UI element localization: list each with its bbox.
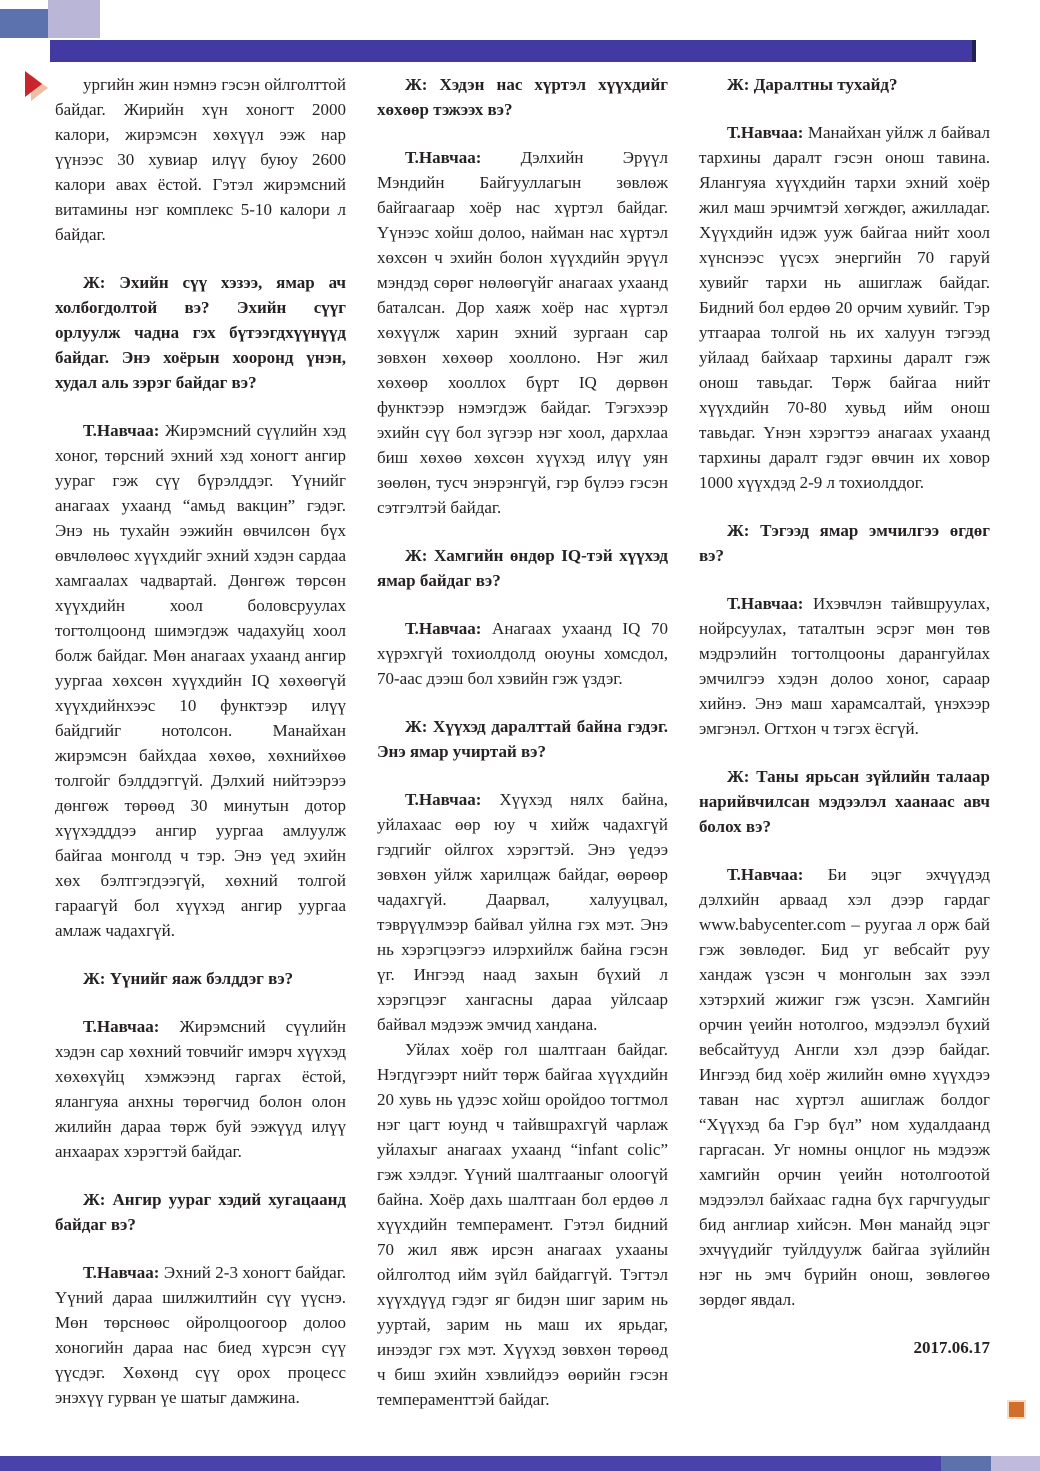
speaker-label: Т.Навчаа:: [405, 148, 481, 167]
question-paragraph: Ж: Хүүхэд даралттай байна гэдэг. Энэ яма…: [377, 714, 668, 764]
header-rule-bar: [50, 40, 976, 62]
header-lavender-square: [48, 0, 100, 38]
arrow-red-icon: [25, 71, 42, 97]
publish-date: 2017.06.17: [699, 1335, 990, 1360]
question-paragraph: Ж: Таны ярьсан зүйлийн талаар нарийвчилс…: [699, 764, 990, 839]
speaker-label: Т.Навчаа:: [727, 865, 803, 884]
speaker-label: Т.Навчаа:: [83, 1017, 159, 1036]
answer-paragraph: Т.Навчаа: Жирэмсний сүүлийн хэдэн сар хө…: [55, 1014, 346, 1164]
answer-paragraph: Т.Навчаа: Ихэвчлэн тайвшруулах, нойрсуул…: [699, 591, 990, 741]
answer-paragraph: Т.Навчаа: Жирэмсний сүүлийн хэд хоног, т…: [55, 418, 346, 943]
footer-steel-square: [941, 1456, 991, 1471]
speaker-label: Т.Навчаа:: [727, 123, 803, 142]
question-paragraph: Ж: Ангир уураг хэдий хугацаанд байдаг вэ…: [55, 1187, 346, 1237]
speaker-label: Т.Навчаа:: [405, 619, 481, 638]
footer-lavender-square: [991, 1456, 1040, 1471]
article-column-2: Ж: Хэдэн нас хүртэл хүүхдийг хөхөөр тэжэ…: [377, 72, 668, 1412]
answer-paragraph: Т.Навчаа: Анагаах ухаанд IQ 70 хүрэхгүй …: [377, 616, 668, 691]
answer-paragraph: Т.Навчаа: Манайхан уйлж л байвал тархины…: [699, 120, 990, 495]
margin-arrow-icon: [25, 71, 51, 101]
article-column-3: Ж: Даралтны тухайд?Т.Навчаа: Манайхан уй…: [699, 72, 990, 1412]
question-paragraph: Ж: Даралтны тухайд?: [699, 72, 990, 97]
answer-paragraph: Т.Навчаа: Дэлхийн Эрүүл Мэндийн Байгуулл…: [377, 145, 668, 520]
answer-paragraph: Т.Навчаа: Хүүхэд нялх байна, уйлахаас өө…: [377, 787, 668, 1037]
speaker-label: Т.Навчаа:: [405, 790, 481, 809]
answer-paragraph: Т.Навчаа: Эхний 2-3 хоногт байдаг. Үүний…: [55, 1260, 346, 1410]
answer-paragraph: Т.Навчаа: Би эцэг эхчүүдэд дэлхийн арваа…: [699, 862, 990, 1312]
footer-rule-bar: [0, 1456, 941, 1471]
speaker-label: Т.Навчаа:: [83, 1263, 159, 1282]
question-paragraph: Ж: Үүнийг яаж бэлддэг вэ?: [55, 966, 346, 991]
newspaper-page: ургийн жин нэмнэ гэсэн ойлголттой байдаг…: [0, 0, 1040, 1471]
orange-accent-square: [1007, 1400, 1026, 1419]
article-body: ургийн жин нэмнэ гэсэн ойлголттой байдаг…: [55, 72, 990, 1412]
question-paragraph: Ж: Хэдэн нас хүртэл хүүхдийг хөхөөр тэжэ…: [377, 72, 668, 122]
article-column-1: ургийн жин нэмнэ гэсэн ойлголттой байдаг…: [55, 72, 346, 1412]
speaker-label: Т.Навчаа:: [727, 594, 803, 613]
speaker-label: Т.Навчаа:: [83, 421, 159, 440]
question-paragraph: Ж: Хамгийн өндөр IQ-тэй хүүхэд ямар байд…: [377, 543, 668, 593]
question-paragraph: Ж: Эхийн сүү хэзээ, ямар ач холбогдолтой…: [55, 270, 346, 395]
header-steel-square: [0, 9, 48, 38]
question-paragraph: Ж: Тэгээд ямар эмчилгээ өгдөг вэ?: [699, 518, 990, 568]
body-paragraph: ургийн жин нэмнэ гэсэн ойлголттой байдаг…: [55, 72, 346, 247]
body-paragraph: Уйлах хоёр гол шалтгаан байдаг. Нэгдүгээ…: [377, 1037, 668, 1412]
